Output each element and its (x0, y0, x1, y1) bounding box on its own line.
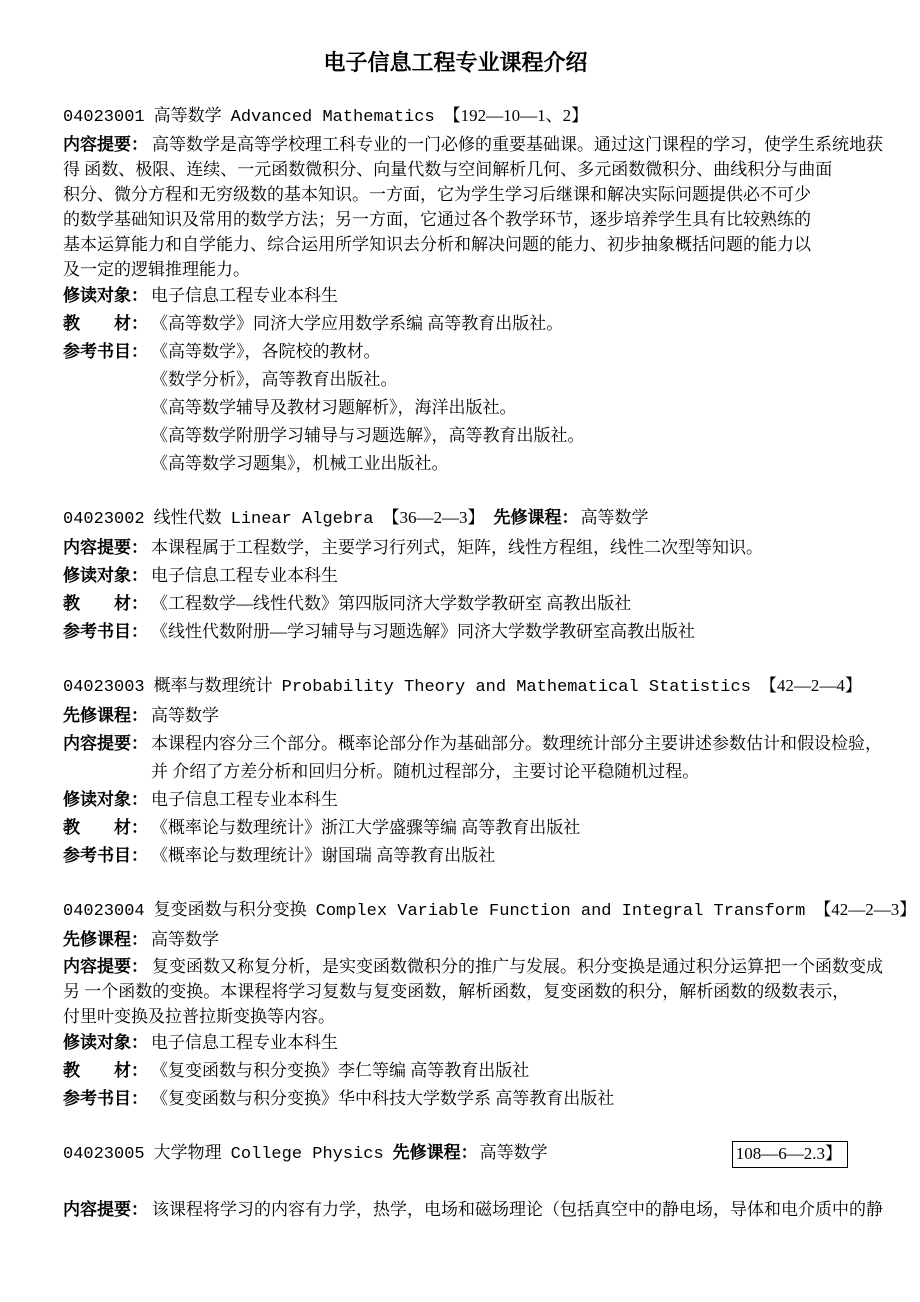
paragraph-line: 内容提要：该课程将学习的内容有力学，热学，电场和磁场理论（包括真空中的静电场，导… (63, 1197, 848, 1222)
row-content: 《概率论与数理统计》谢国瑞 高等教育出版社 (151, 842, 848, 870)
row-line: 电子信息工程专业本科生 (151, 282, 848, 310)
course-english: College Physics (231, 1145, 384, 1164)
course-name: 高等数学 (154, 106, 222, 125)
row-line: 《线性代数附册—学习辅导与习题选解》同济大学数学教研室高教出版社 (151, 618, 848, 646)
paragraph-line: 及一定的逻辑推理能力。 (63, 257, 848, 282)
course-english: Advanced Mathematics (231, 108, 435, 127)
row-label: 修读对象： (63, 562, 151, 590)
course-section-04023003: 04023003概率与数理统计Probability Theory and Ma… (63, 672, 848, 870)
course-code: 04023005 (63, 1145, 145, 1164)
line-text: 付里叶变换及拉普拉斯变换等内容。 (63, 1007, 335, 1026)
course-name: 线性代数 (154, 508, 222, 527)
paragraph-line: 另 一个函数的变换。本课程将学习复数与复变函数，解析函数，复变函数的积分，解析函… (63, 979, 848, 1004)
row-line: 《高等数学》，各院校的教材。 (151, 338, 848, 366)
row-content: 《工程数学—线性代数》第四版同济大学数学教研室 高教出版社 (151, 590, 848, 618)
row-content: 《复变函数与积分变换》李仁等编 高等教育出版社 (151, 1057, 848, 1085)
paragraph-line: 内容提要：复变函数又称复分析，是实变函数微积分的推广与发展。积分变换是通过积分运… (63, 954, 848, 979)
course-section-04023005: 04023005大学物理College Physics先修课程：高等数学108—… (63, 1139, 848, 1222)
course-credit: 【42—2—3】 (814, 900, 916, 919)
paragraph-line: 得 函数、极限、连续、一元函数微积分、向量代数与空间解析几何、多元函数微积分、曲… (63, 157, 848, 182)
row-label: 参考书目： (63, 842, 151, 870)
row-line: 《高等数学习题集》，机械工业出版社。 (151, 450, 848, 478)
line-text: 得 函数、极限、连续、一元函数微积分、向量代数与空间解析几何、多元函数微积分、曲… (63, 160, 832, 179)
row-content: 电子信息工程专业本科生 (151, 1029, 848, 1057)
course-header-text: 04023001高等数学Advanced Mathematics【192—10—… (63, 102, 588, 132)
row-label: 教 材： (63, 310, 151, 338)
row-line: 电子信息工程专业本科生 (151, 786, 848, 814)
row-line: 电子信息工程专业本科生 (151, 1029, 848, 1057)
course-section-04023004: 04023004复变函数与积分变换Complex Variable Functi… (63, 896, 848, 1113)
course-header: 04023003概率与数理统计Probability Theory and Ma… (63, 672, 848, 702)
textbook-row: 教 材：《工程数学—线性代数》第四版同济大学数学教研室 高教出版社 (63, 590, 848, 618)
row-content: 《概率论与数理统计》浙江大学盛骤等编 高等教育出版社 (151, 814, 848, 842)
row-label: 参考书目： (63, 618, 151, 646)
course-name: 大学物理 (154, 1143, 222, 1162)
content-summary-row: 内容提要：本课程内容分三个部分。概率论部分作为基础部分。数理统计部分主要讲述参数… (63, 730, 848, 786)
row-content: 电子信息工程专业本科生 (151, 562, 848, 590)
row-content: 《复变函数与积分变换》华中科技大学数学系 高等教育出版社 (151, 1085, 848, 1113)
course-name: 复变函数与积分变换 (154, 900, 307, 919)
row-label: 内容提要： (63, 135, 148, 154)
textbook-row: 教 材：《复变函数与积分变换》李仁等编 高等教育出版社 (63, 1057, 848, 1085)
line-text: 基本运算能力和自学能力、综合运用所学知识去分析和解决问题的能力、初步抽象概括问题… (63, 235, 811, 254)
row-label: 先修课程： (63, 702, 151, 730)
prerequisite-label: 先修课程： (393, 1143, 478, 1162)
row-line: 高等数学 (151, 702, 848, 730)
textbook-row: 教 材：《高等数学》同济大学应用数学系编 高等教育出版社。 (63, 310, 848, 338)
line-text: 的数学基础知识及常用的数学方法；另一方面，它通过各个教学环节，逐步培养学生具有比… (63, 210, 811, 229)
content-summary-row: 内容提要：该课程将学习的内容有力学，热学，电场和磁场理论（包括真空中的静电场，导… (63, 1197, 848, 1222)
target-students-row: 修读对象：电子信息工程专业本科生 (63, 562, 848, 590)
course-header-text: 04023004复变函数与积分变换Complex Variable Functi… (63, 896, 916, 926)
paragraph-line: 积分、微分方程和无穷级数的基本知识。一方面，它为学生学习后继课和解决实际问题提供… (63, 182, 848, 207)
prerequisite-value: 高等数学 (580, 508, 648, 527)
prerequisite-row: 先修课程：高等数学 (63, 702, 848, 730)
course-section-04023001: 04023001高等数学Advanced Mathematics【192—10—… (63, 102, 848, 478)
row-label: 内容提要： (63, 730, 151, 786)
row-line: 《复变函数与积分变换》李仁等编 高等教育出版社 (151, 1057, 848, 1085)
course-credit: 【42—2—4】 (760, 676, 862, 695)
course-header: 04023005大学物理College Physics先修课程：高等数学108—… (63, 1139, 848, 1169)
row-content: 本课程属于工程数学，主要学习行列式，矩阵，线性方程组，线性二次型等知识。 (151, 534, 848, 562)
row-content: 高等数学 (151, 926, 848, 954)
course-header: 04023001高等数学Advanced Mathematics【192—10—… (63, 102, 848, 132)
row-label: 修读对象： (63, 1029, 151, 1057)
prerequisite-value: 高等数学 (480, 1143, 548, 1162)
row-label: 先修课程： (63, 926, 151, 954)
row-line: 《高等数学辅导及教材习题解析》，海洋出版社。 (151, 394, 848, 422)
paragraph-line: 内容提要：高等数学是高等学校理工科专业的一门必修的重要基础课。通过这门课程的学习… (63, 132, 848, 157)
row-line: 《数学分析》，高等教育出版社。 (151, 366, 848, 394)
row-label: 修读对象： (63, 282, 151, 310)
line-text: 高等数学是高等学校理工科专业的一门必修的重要基础课。通过这门课程的学习，使学生系… (152, 135, 883, 154)
row-line: 《高等数学》同济大学应用数学系编 高等教育出版社。 (151, 310, 848, 338)
target-students-row: 修读对象：电子信息工程专业本科生 (63, 1029, 848, 1057)
row-label: 内容提要： (63, 534, 151, 562)
content-summary-row: 内容提要：本课程属于工程数学，主要学习行列式，矩阵，线性方程组，线性二次型等知识… (63, 534, 848, 562)
paragraph-line: 付里叶变换及拉普拉斯变换等内容。 (63, 1004, 848, 1029)
line-text: 该课程将学习的内容有力学，热学，电场和磁场理论（包括真空中的静电场，导体和电介质… (152, 1200, 883, 1219)
row-line: 《概率论与数理统计》谢国瑞 高等教育出版社 (151, 842, 848, 870)
row-content: 《高等数学》，各院校的教材。《数学分析》，高等教育出版社。《高等数学辅导及教材习… (151, 338, 848, 478)
paragraph-line: 的数学基础知识及常用的数学方法；另一方面，它通过各个教学环节，逐步培养学生具有比… (63, 207, 848, 232)
row-content: 本课程内容分三个部分。概率论部分作为基础部分。数理统计部分主要讲述参数估计和假设… (151, 730, 848, 786)
course-english: Complex Variable Function and Integral T… (316, 902, 806, 921)
row-content: 《线性代数附册—学习辅导与习题选解》同济大学数学教研室高教出版社 (151, 618, 848, 646)
prerequisite-label: 先修课程： (493, 508, 578, 527)
course-name: 概率与数理统计 (154, 676, 273, 695)
reference-books-row: 参考书目：《概率论与数理统计》谢国瑞 高等教育出版社 (63, 842, 848, 870)
row-label: 内容提要： (63, 957, 148, 976)
row-content: 电子信息工程专业本科生 (151, 282, 848, 310)
line-text: 复变函数又称复分析，是实变函数微积分的推广与发展。积分变换是通过积分运算把一个函… (152, 957, 883, 976)
row-line: 《复变函数与积分变换》华中科技大学数学系 高等教育出版社 (151, 1085, 848, 1113)
course-english: Linear Algebra (231, 510, 374, 529)
credit-box: 108—6—2.3】 (732, 1141, 848, 1168)
row-line: 《概率论与数理统计》浙江大学盛骤等编 高等教育出版社 (151, 814, 848, 842)
course-code: 04023004 (63, 902, 145, 921)
line-text: 及一定的逻辑推理能力。 (63, 260, 250, 279)
row-line: 电子信息工程专业本科生 (151, 562, 848, 590)
row-content: 《高等数学》同济大学应用数学系编 高等教育出版社。 (151, 310, 848, 338)
row-line: 《工程数学—线性代数》第四版同济大学数学教研室 高教出版社 (151, 590, 848, 618)
textbook-row: 教 材：《概率论与数理统计》浙江大学盛骤等编 高等教育出版社 (63, 814, 848, 842)
row-label: 教 材： (63, 814, 151, 842)
course-header-text: 04023003概率与数理统计Probability Theory and Ma… (63, 672, 862, 702)
course-code: 04023001 (63, 108, 145, 127)
prerequisite-row: 先修课程：高等数学 (63, 926, 848, 954)
row-line: 本课程内容分三个部分。概率论部分作为基础部分。数理统计部分主要讲述参数估计和假设… (151, 730, 848, 758)
row-content: 电子信息工程专业本科生 (151, 786, 848, 814)
course-credit: 【192—10—1、2】 (444, 106, 589, 125)
row-label: 参考书目： (63, 1085, 151, 1113)
course-list: 04023001高等数学Advanced Mathematics【192—10—… (63, 102, 848, 1222)
line-text: 积分、微分方程和无穷级数的基本知识。一方面，它为学生学习后继课和解决实际问题提供… (63, 185, 811, 204)
course-header-text: 04023005大学物理College Physics先修课程：高等数学 (63, 1139, 548, 1169)
row-label: 内容提要： (63, 1200, 148, 1219)
row-line: 本课程属于工程数学，主要学习行列式，矩阵，线性方程组，线性二次型等知识。 (151, 534, 848, 562)
target-students-row: 修读对象：电子信息工程专业本科生 (63, 282, 848, 310)
content-summary-row: 内容提要：复变函数又称复分析，是实变函数微积分的推广与发展。积分变换是通过积分运… (63, 954, 848, 1029)
course-header-text: 04023002线性代数Linear Algebra【36—2—3】先修课程：高… (63, 504, 648, 534)
reference-books-row: 参考书目：《高等数学》，各院校的教材。《数学分析》，高等教育出版社。《高等数学辅… (63, 338, 848, 478)
row-label: 修读对象： (63, 786, 151, 814)
row-label: 参考书目： (63, 338, 151, 478)
target-students-row: 修读对象：电子信息工程专业本科生 (63, 786, 848, 814)
row-label: 教 材： (63, 590, 151, 618)
course-header: 04023004复变函数与积分变换Complex Variable Functi… (63, 896, 848, 926)
document-page: 电子信息工程专业课程介绍 04023001高等数学Advanced Mathem… (0, 0, 920, 1302)
course-section-04023002: 04023002线性代数Linear Algebra【36—2—3】先修课程：高… (63, 504, 848, 646)
page-title: 电子信息工程专业课程介绍 (63, 48, 848, 78)
row-line: 高等数学 (151, 926, 848, 954)
line-text: 另 一个函数的变换。本课程将学习复数与复变函数，解析函数，复变函数的积分，解析函… (63, 982, 849, 1001)
course-code: 04023002 (63, 510, 145, 529)
course-english: Probability Theory and Mathematical Stat… (282, 678, 751, 697)
course-header: 04023002线性代数Linear Algebra【36—2—3】先修课程：高… (63, 504, 848, 534)
content-summary-row: 内容提要：高等数学是高等学校理工科专业的一门必修的重要基础课。通过这门课程的学习… (63, 132, 848, 282)
course-credit: 【36—2—3】 (382, 508, 484, 527)
row-content: 高等数学 (151, 702, 848, 730)
row-line: 《高等数学附册学习辅导与习题选解》，高等教育出版社。 (151, 422, 848, 450)
row-label: 教 材： (63, 1057, 151, 1085)
row-line: 并 介绍了方差分析和回归分析。随机过程部分，主要讨论平稳随机过程。 (151, 758, 848, 786)
course-code: 04023003 (63, 678, 145, 697)
reference-books-row: 参考书目：《线性代数附册—学习辅导与习题选解》同济大学数学教研室高教出版社 (63, 618, 848, 646)
reference-books-row: 参考书目：《复变函数与积分变换》华中科技大学数学系 高等教育出版社 (63, 1085, 848, 1113)
paragraph-line: 基本运算能力和自学能力、综合运用所学知识去分析和解决问题的能力、初步抽象概括问题… (63, 232, 848, 257)
